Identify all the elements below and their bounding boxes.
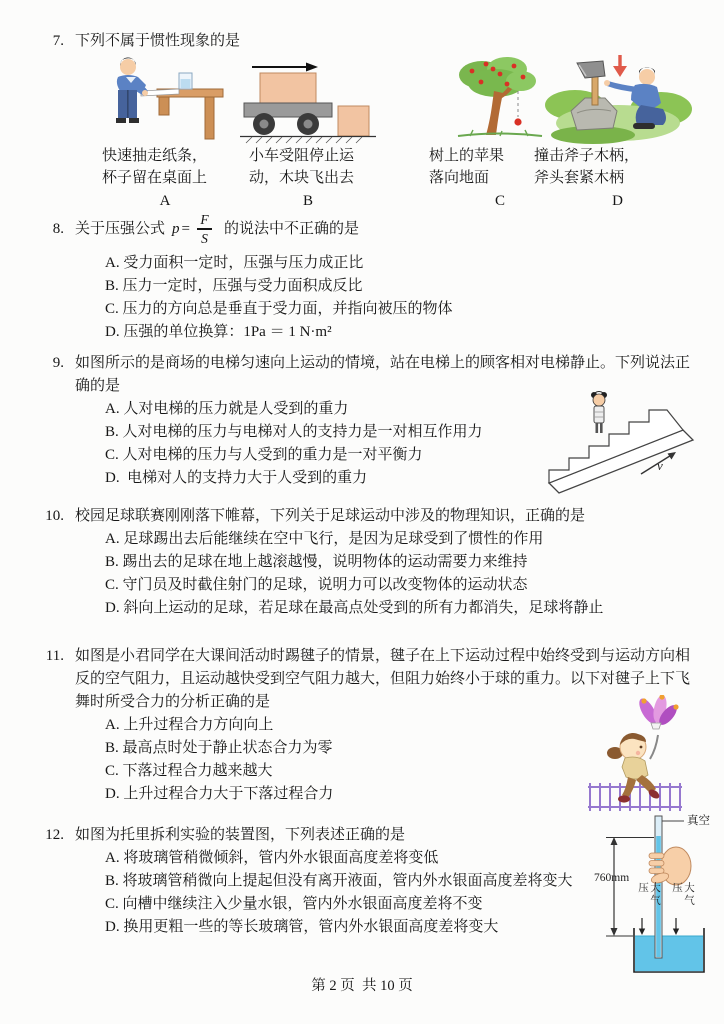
question-8-stem: 关于压强公式 p = F S 的说法中不正确的是 bbox=[75, 206, 708, 252]
question-10: 10. 校园足球联赛刚刚落下帷幕，下列关于足球运动中涉及的物理知识，正确的是 A… bbox=[40, 505, 708, 620]
question-8-stem-prefix: 关于压强公式 bbox=[75, 218, 165, 241]
fraction-denominator: S bbox=[201, 231, 208, 246]
question-8-stem-suffix: 的说法中不正确的是 bbox=[224, 218, 359, 241]
option-b: B. 踢出去的足球在地上越滚越慢，说明物体的运动需要力来维持 bbox=[105, 551, 708, 574]
question-11-number: 11. bbox=[40, 645, 64, 668]
option-d: D. 压强的单位换算：1Pa ＝ 1 N·m² bbox=[105, 321, 708, 344]
figure-b: 小车受阻停止运 动，木块飞出去 B bbox=[233, 53, 383, 213]
question-10-options: A. 足球踢出去后能继续在空中飞行，是因为足球受到了惯性的作用 B. 踢出去的足… bbox=[105, 528, 708, 620]
escalator-diagram: v bbox=[545, 386, 715, 494]
height-label: 760mm bbox=[594, 872, 629, 884]
atmospheric-pressure-label-left: 大气压 bbox=[636, 882, 660, 918]
option-c: C. 守门员及时截住射门的足球，说明力可以改变物体的运动状态 bbox=[105, 574, 708, 597]
question-8-number: 8. bbox=[40, 218, 64, 241]
figure-b-caption-line2: 动，木块飞出去 bbox=[249, 167, 383, 189]
question-9-number: 9. bbox=[40, 352, 64, 375]
figure-d: 撞击斧子木柄， 斧头套紧木柄 D bbox=[530, 53, 705, 213]
question-12: 12. 如图为托里拆利实验的装置图，下列表述正确的是 A. 将玻璃管稍微倾斜，管… bbox=[40, 824, 708, 939]
question-11-stem-line2: 反的空气阻力，且运动越快受到空气阻力越大，但阻力始终小于球的重力。以下对毽子上下… bbox=[75, 668, 708, 691]
fraction-numerator: F bbox=[200, 212, 208, 227]
cart-block-illustration bbox=[238, 57, 378, 145]
page-footer: 第 2 页 共 10 页 bbox=[0, 975, 724, 998]
vacuum-label: 真空 bbox=[687, 815, 710, 827]
jianzi-kick-illustration bbox=[578, 695, 708, 813]
question-7-stem: 下列不属于惯性现象的是 bbox=[75, 30, 708, 53]
question-9-stem-line1: 如图所示的是商场的电梯匀速向上运动的情境，站在电梯上的顾客相对电梯静止。下列说法… bbox=[75, 352, 708, 375]
figure-a: 快速抽走纸条， 杯子留在桌面上 A bbox=[90, 53, 240, 213]
question-11: 11. 如图是小君同学在大课间活动时踢毽子的情景，毽子在上下运动过程中始终受到与… bbox=[40, 645, 708, 806]
option-a: A. 足球踢出去后能继续在空中飞行，是因为足球受到了惯性的作用 bbox=[105, 528, 708, 551]
question-7-number: 7. bbox=[40, 30, 64, 53]
jianzi-svg bbox=[578, 695, 708, 813]
question-11-stem-line1: 如图是小君同学在大课间活动时踢毽子的情景，毽子在上下运动过程中始终受到与运动方向… bbox=[75, 645, 708, 668]
question-9: 9. 如图所示的是商场的电梯匀速向上运动的情境，站在电梯上的顾客相对电梯静止。下… bbox=[40, 352, 708, 490]
pressure-fraction: F S bbox=[197, 212, 212, 245]
option-a: A. 受力面积一定时，压强与压力成正比 bbox=[105, 252, 708, 275]
option-c: C. 压力的方向总是垂直于受力面，并指向被压的物体 bbox=[105, 298, 708, 321]
option-d: D. 斜向上运动的足球，若足球在最高点处受到的所有力都消失，足球将静止 bbox=[105, 597, 708, 620]
question-8: 8. 关于压强公式 p = F S 的说法中不正确的是 A. 受力面积一定时，压… bbox=[40, 206, 708, 344]
figure-a-caption-line1: 快速抽走纸条， bbox=[102, 145, 240, 167]
pressure-symbol: p bbox=[172, 218, 180, 241]
question-8-options: A. 受力面积一定时，压强与压力成正比 B. 压力一定时，压强与受力面积成反比 … bbox=[105, 252, 708, 344]
question-12-number: 12. bbox=[40, 824, 64, 847]
equals-sign: = bbox=[182, 218, 190, 241]
figure-a-caption-line2: 杯子留在桌面上 bbox=[102, 167, 240, 189]
exam-page: 7. 下列不属于惯性现象的是 bbox=[0, 0, 724, 1024]
figure-b-caption-line1: 小车受阻停止运 bbox=[249, 145, 383, 167]
question-10-number: 10. bbox=[40, 505, 64, 528]
figure-d-caption-line1: 撞击斧子木柄， bbox=[534, 145, 705, 167]
fraction-bar bbox=[197, 228, 212, 229]
question-10-stem: 校园足球联赛刚刚落下帷幕，下列关于足球运动中涉及的物理知识，正确的是 bbox=[75, 505, 708, 528]
question-7-figure-row: 快速抽走纸条， 杯子留在桌面上 A bbox=[75, 53, 708, 228]
question-7: 7. 下列不属于惯性现象的是 bbox=[40, 30, 708, 228]
option-b: B. 压力一定时，压强与受力面积成反比 bbox=[105, 275, 708, 298]
torricelli-diagram: 真空 760mm 大气压 大气压 bbox=[598, 812, 724, 977]
escalator-svg bbox=[545, 386, 715, 494]
pull-paper-cup-illustration bbox=[101, 53, 229, 145]
atmospheric-pressure-label-right: 大气压 bbox=[670, 882, 694, 918]
torricelli-svg bbox=[598, 812, 724, 977]
axe-rock-illustration bbox=[543, 53, 693, 145]
figure-d-caption-line2: 斧头套紧木柄 bbox=[534, 167, 705, 189]
velocity-label: v bbox=[657, 460, 663, 472]
